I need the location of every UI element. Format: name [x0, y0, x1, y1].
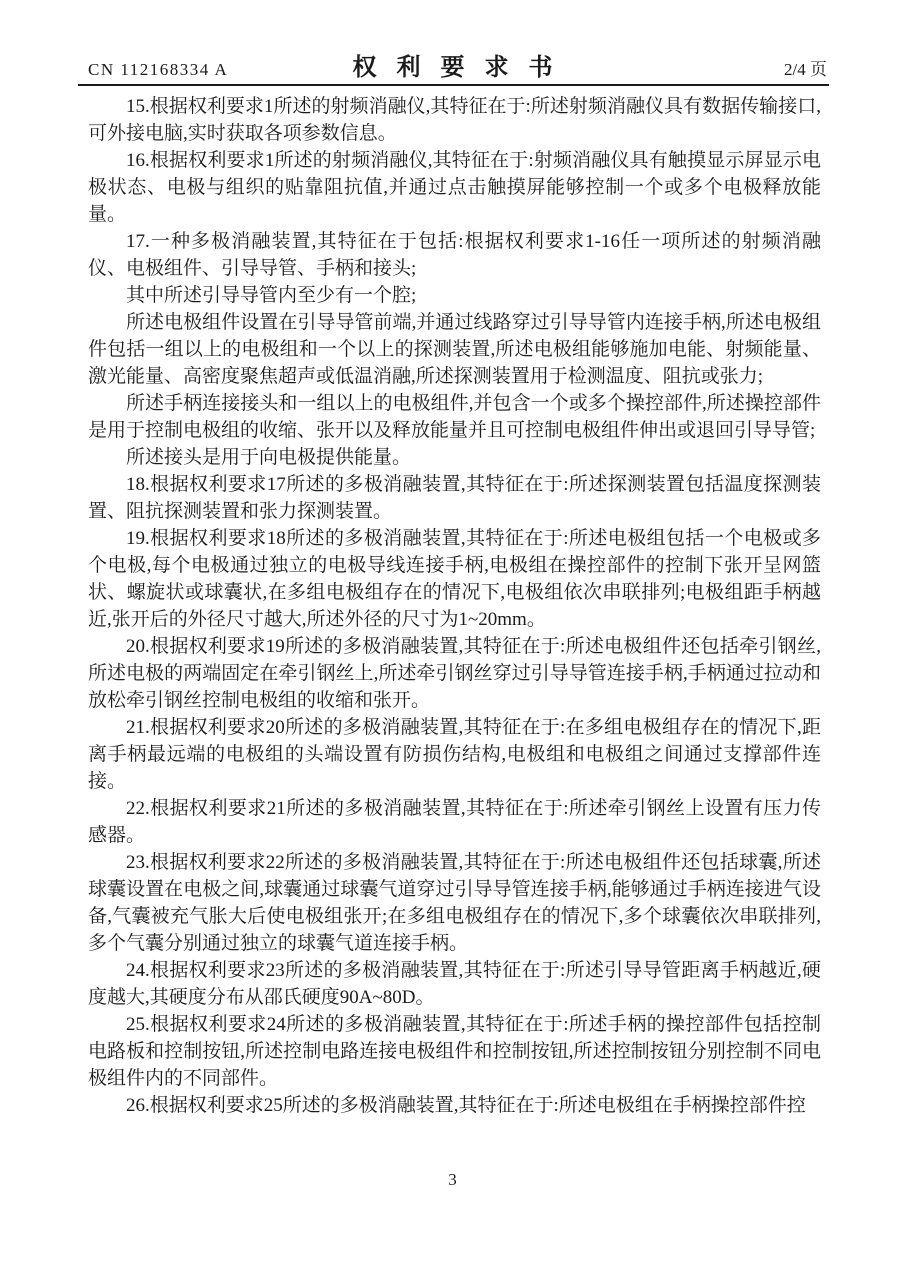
claim-paragraph: 25.根据权利要求24所述的多极消融装置,其特征在于:所述手柄的操控部件包括控制… — [88, 1011, 821, 1092]
page-indicator: 2/4 页 — [784, 55, 827, 80]
claim-paragraph: 21.根据权利要求20所述的多极消融装置,其特征在于:在多组电极组存在的情况下,… — [88, 714, 821, 795]
claim-paragraph: 所述手柄连接接头和一组以上的电极组件,并包含一个或多个操控部件,所述操控部件是用… — [88, 390, 821, 444]
document-title: 权利要求书 — [78, 47, 827, 82]
claims-body: 15.根据权利要求1所述的射频消融仪,其特征在于:所述射频消融仪具有数据传输接口… — [88, 93, 821, 1119]
claim-paragraph: 所述接头是用于向电极提供能量。 — [88, 444, 821, 471]
page-footer: 3 — [0, 1170, 905, 1190]
patent-claims-page: CN 112168334 A 权利要求书 2/4 页 15.根据权利要求1所述的… — [0, 0, 905, 1280]
claim-paragraph: 22.根据权利要求21所述的多极消融装置,其特征在于:所述牵引钢丝上设置有压力传… — [88, 795, 821, 849]
claim-paragraph: 20.根据权利要求19所述的多极消融装置,其特征在于:所述电极组件还包括牵引钢丝… — [88, 633, 821, 714]
page-number: 3 — [448, 1170, 457, 1189]
claim-paragraph: 16.根据权利要求1所述的射频消融仪,其特征在于:射频消融仪具有触摸显示屏显示电… — [88, 147, 821, 228]
claim-paragraph: 19.根据权利要求18所述的多极消融装置,其特征在于:所述电极组包括一个电极或多… — [88, 525, 821, 633]
claim-paragraph: 其中所述引导导管内至少有一个腔; — [88, 282, 821, 309]
claim-paragraph: 所述电极组件设置在引导导管前端,并通过线路穿过引导导管内连接手柄,所述电极组件包… — [88, 309, 821, 390]
claim-paragraph: 26.根据权利要求25所述的多极消融装置,其特征在于:所述电极组在手柄操控部件控 — [88, 1092, 821, 1119]
claim-paragraph: 17.一种多极消融装置,其特征在于包括:根据权利要求1-16任一项所述的射频消融… — [88, 228, 821, 282]
claim-paragraph: 24.根据权利要求23所述的多极消融装置,其特征在于:所述引导导管距离手柄越近,… — [88, 957, 821, 1011]
claim-paragraph: 15.根据权利要求1所述的射频消融仪,其特征在于:所述射频消融仪具有数据传输接口… — [88, 93, 821, 147]
page-header: CN 112168334 A 权利要求书 2/4 页 — [78, 50, 827, 80]
claim-paragraph: 23.根据权利要求22所述的多极消融装置,其特征在于:所述电极组件还包括球囊,所… — [88, 849, 821, 957]
header-rule — [78, 84, 829, 86]
claim-paragraph: 18.根据权利要求17所述的多极消融装置,其特征在于:所述探测装置包括温度探测装… — [88, 471, 821, 525]
